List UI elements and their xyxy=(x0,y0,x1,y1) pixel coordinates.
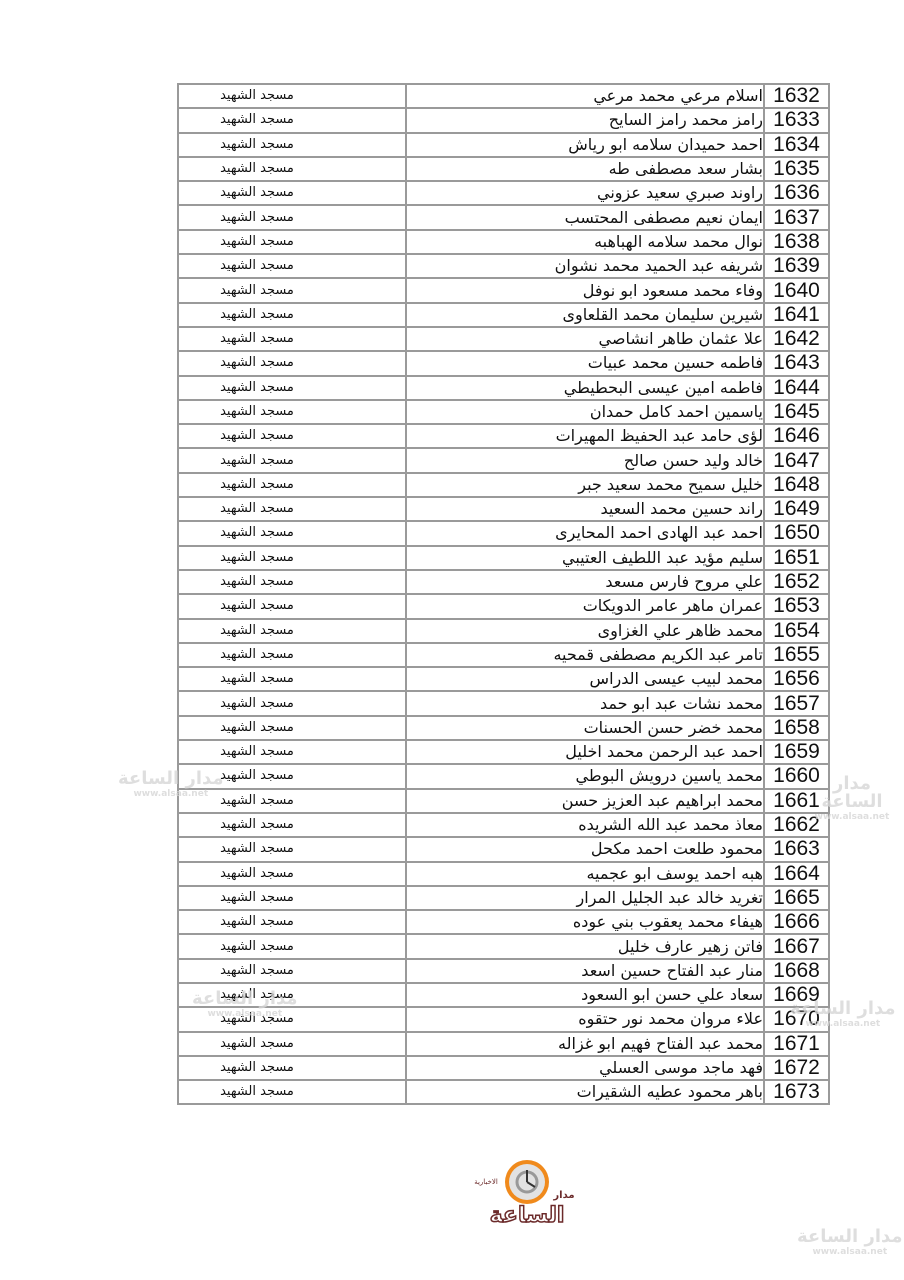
location-name: مسجد الشهيد xyxy=(220,85,294,107)
location-cell: مسجد الشهيد xyxy=(178,1056,406,1080)
row-number: 1637 xyxy=(764,205,829,229)
location-name: مسجد الشهيد xyxy=(220,231,294,253)
table-row: 1649راند حسين محمد السعيدمسجد الشهيد xyxy=(178,497,829,521)
table-row: 1644فاطمه امين عيسى البحطيطيمسجد الشهيد xyxy=(178,376,829,400)
location-name: مسجد الشهيد xyxy=(220,547,294,569)
row-number: 1662 xyxy=(764,813,829,837)
person-name: بشار سعد مصطفى طه xyxy=(406,157,764,181)
watermark-url: www.alsaa.net xyxy=(797,1248,903,1257)
row-number: 1656 xyxy=(764,667,829,691)
table-row: 1654محمد ظاهر علي الغزاوىمسجد الشهيد xyxy=(178,619,829,643)
person-name: خليل سميح محمد سعيد جبر xyxy=(406,473,764,497)
location-cell: مسجد الشهيد xyxy=(178,886,406,910)
person-name: رامز محمد رامز السايح xyxy=(406,108,764,132)
location-name: مسجد الشهيد xyxy=(220,1008,294,1030)
person-name: احمد عبد الرحمن محمد اخليل xyxy=(406,740,764,764)
person-name: وفاء محمد مسعود ابو نوفل xyxy=(406,278,764,302)
person-name: محمد لبيب عيسى الدراس xyxy=(406,667,764,691)
row-number: 1670 xyxy=(764,1007,829,1031)
person-name: احمد عبد الهادى احمد المحايرى xyxy=(406,521,764,545)
person-name: خالد وليد حسن صالح xyxy=(406,448,764,472)
location-name: مسجد الشهيد xyxy=(220,158,294,180)
location-name: مسجد الشهيد xyxy=(220,280,294,302)
location-cell: مسجد الشهيد xyxy=(178,351,406,375)
table-row: 1634احمد حميدان سلامه ابو رياشمسجد الشهي… xyxy=(178,133,829,157)
location-name: مسجد الشهيد xyxy=(220,838,294,860)
table-row: 1670علاء مروان محمد نور حتقوهمسجد الشهيد xyxy=(178,1007,829,1031)
location-cell: مسجد الشهيد xyxy=(178,837,406,861)
location-cell: مسجد الشهيد xyxy=(178,400,406,424)
row-number: 1655 xyxy=(764,643,829,667)
person-name: راند حسين محمد السعيد xyxy=(406,497,764,521)
person-name: محمود طلعت احمد مكحل xyxy=(406,837,764,861)
location-cell: مسجد الشهيد xyxy=(178,254,406,278)
location-name: مسجد الشهيد xyxy=(220,571,294,593)
row-number: 1636 xyxy=(764,181,829,205)
row-number: 1649 xyxy=(764,497,829,521)
person-name: ايمان نعيم مصطفى المحتسب xyxy=(406,205,764,229)
row-number: 1635 xyxy=(764,157,829,181)
location-name: مسجد الشهيد xyxy=(220,352,294,374)
person-name: معاذ محمد عبد الله الشريده xyxy=(406,813,764,837)
location-name: مسجد الشهيد xyxy=(220,960,294,982)
svg-text:مدار: مدار xyxy=(552,1190,574,1201)
table-row: 1668منار عبد الفتاح حسين اسعدمسجد الشهيد xyxy=(178,959,829,983)
row-number: 1673 xyxy=(764,1080,829,1104)
location-name: مسجد الشهيد xyxy=(220,1057,294,1079)
location-cell: مسجد الشهيد xyxy=(178,691,406,715)
row-number: 1663 xyxy=(764,837,829,861)
person-name: محمد خضر حسن الحسنات xyxy=(406,716,764,740)
table-row: 1665تغريد خالد عبد الجليل المرارمسجد الش… xyxy=(178,886,829,910)
person-name: تغريد خالد عبد الجليل المرار xyxy=(406,886,764,910)
location-cell: مسجد الشهيد xyxy=(178,619,406,643)
table-row: 1664هبه احمد يوسف ابو عجميهمسجد الشهيد xyxy=(178,862,829,886)
row-number: 1639 xyxy=(764,254,829,278)
person-name: محمد ظاهر علي الغزاوى xyxy=(406,619,764,643)
table-row: 1658محمد خضر حسن الحسناتمسجد الشهيد xyxy=(178,716,829,740)
table-row: 1639شريفه عبد الحميد محمد نشوانمسجد الشه… xyxy=(178,254,829,278)
location-name: مسجد الشهيد xyxy=(220,984,294,1006)
location-cell: مسجد الشهيد xyxy=(178,230,406,254)
person-name: هيفاء محمد يعقوب بني عوده xyxy=(406,910,764,934)
row-number: 1632 xyxy=(764,84,829,108)
person-name: علي مروح فارس مسعد xyxy=(406,570,764,594)
location-cell: مسجد الشهيد xyxy=(178,934,406,958)
location-cell: مسجد الشهيد xyxy=(178,764,406,788)
row-number: 1633 xyxy=(764,108,829,132)
row-number: 1645 xyxy=(764,400,829,424)
row-number: 1668 xyxy=(764,959,829,983)
location-cell: مسجد الشهيد xyxy=(178,983,406,1007)
location-name: مسجد الشهيد xyxy=(220,474,294,496)
location-cell: مسجد الشهيد xyxy=(178,303,406,327)
row-number: 1664 xyxy=(764,862,829,886)
person-name: شيرين سليمان محمد القلعاوى xyxy=(406,303,764,327)
location-cell: مسجد الشهيد xyxy=(178,789,406,813)
location-name: مسجد الشهيد xyxy=(220,255,294,277)
location-name: مسجد الشهيد xyxy=(220,1033,294,1055)
location-name: مسجد الشهيد xyxy=(220,936,294,958)
location-cell: مسجد الشهيد xyxy=(178,376,406,400)
table-row: 1660محمد ياسين درويش البوطيمسجد الشهيد xyxy=(178,764,829,788)
table-row: 1656محمد لبيب عيسى الدراسمسجد الشهيد xyxy=(178,667,829,691)
row-number: 1652 xyxy=(764,570,829,594)
table-row: 1636راوند صبري سعيد عزونيمسجد الشهيد xyxy=(178,181,829,205)
roster-table-body: 1632اسلام مرعي محمد مرعيمسجد الشهيد1633ر… xyxy=(178,84,829,1104)
location-name: مسجد الشهيد xyxy=(220,863,294,885)
row-number: 1661 xyxy=(764,789,829,813)
table-row: 1655تامر عبد الكريم مصطفى قمحيهمسجد الشه… xyxy=(178,643,829,667)
table-row: 1646لؤى حامد عبد الحفيظ المهيراتمسجد الش… xyxy=(178,424,829,448)
table-row: 1647خالد وليد حسن صالحمسجد الشهيد xyxy=(178,448,829,472)
person-name: منار عبد الفتاح حسين اسعد xyxy=(406,959,764,983)
location-name: مسجد الشهيد xyxy=(220,911,294,933)
table-row: 1652علي مروح فارس مسعدمسجد الشهيد xyxy=(178,570,829,594)
location-cell: مسجد الشهيد xyxy=(178,157,406,181)
location-name: مسجد الشهيد xyxy=(220,450,294,472)
location-name: مسجد الشهيد xyxy=(220,109,294,131)
location-name: مسجد الشهيد xyxy=(220,814,294,836)
row-number: 1643 xyxy=(764,351,829,375)
table-row: 1667فاتن زهير عارف خليلمسجد الشهيد xyxy=(178,934,829,958)
row-number: 1638 xyxy=(764,230,829,254)
location-cell: مسجد الشهيد xyxy=(178,497,406,521)
table-row: 1643فاطمه حسين محمد عبياتمسجد الشهيد xyxy=(178,351,829,375)
watermark-bottom-right: مدار الساعة www.alsaa.net xyxy=(797,1228,903,1257)
table-row: 1651سليم مؤيد عبد اللطيف العتيبيمسجد الش… xyxy=(178,546,829,570)
row-number: 1654 xyxy=(764,619,829,643)
table-row: 1653عمران ماهر عامر الدويكاتمسجد الشهيد xyxy=(178,594,829,618)
location-cell: مسجد الشهيد xyxy=(178,570,406,594)
location-name: مسجد الشهيد xyxy=(220,1081,294,1103)
person-name: محمد ابراهيم عبد العزيز حسن xyxy=(406,789,764,813)
person-name: تامر عبد الكريم مصطفى قمحيه xyxy=(406,643,764,667)
person-name: محمد نشات عبد ابو حمد xyxy=(406,691,764,715)
row-number: 1659 xyxy=(764,740,829,764)
location-cell: مسجد الشهيد xyxy=(178,594,406,618)
location-name: مسجد الشهيد xyxy=(220,765,294,787)
row-number: 1660 xyxy=(764,764,829,788)
row-number: 1667 xyxy=(764,934,829,958)
person-name: علا عثمان طاهر انشاصي xyxy=(406,327,764,351)
person-name: عمران ماهر عامر الدويكات xyxy=(406,594,764,618)
table-row: 1641شيرين سليمان محمد القلعاوىمسجد الشهي… xyxy=(178,303,829,327)
location-cell: مسجد الشهيد xyxy=(178,546,406,570)
person-name: محمد ياسين درويش البوطي xyxy=(406,764,764,788)
person-name: سليم مؤيد عبد اللطيف العتيبي xyxy=(406,546,764,570)
location-name: مسجد الشهيد xyxy=(220,377,294,399)
location-cell: مسجد الشهيد xyxy=(178,1032,406,1056)
table-row: 1640وفاء محمد مسعود ابو نوفلمسجد الشهيد xyxy=(178,278,829,302)
row-number: 1646 xyxy=(764,424,829,448)
table-row: 1661محمد ابراهيم عبد العزيز حسنمسجد الشه… xyxy=(178,789,829,813)
person-name: فاطمه امين عيسى البحطيطي xyxy=(406,376,764,400)
location-name: مسجد الشهيد xyxy=(220,498,294,520)
row-number: 1653 xyxy=(764,594,829,618)
row-number: 1641 xyxy=(764,303,829,327)
table-row: 1666هيفاء محمد يعقوب بني عودهمسجد الشهيد xyxy=(178,910,829,934)
row-number: 1644 xyxy=(764,376,829,400)
table-row: 1633رامز محمد رامز السايحمسجد الشهيد xyxy=(178,108,829,132)
location-cell: مسجد الشهيد xyxy=(178,424,406,448)
location-name: مسجد الشهيد xyxy=(220,620,294,642)
person-name: فاطمه حسين محمد عبيات xyxy=(406,351,764,375)
table-row: 1673باهر محمود عطيه الشقيراتمسجد الشهيد xyxy=(178,1080,829,1104)
person-name: فاتن زهير عارف خليل xyxy=(406,934,764,958)
person-name: ياسمين احمد كامل حمدان xyxy=(406,400,764,424)
roster-table: 1632اسلام مرعي محمد مرعيمسجد الشهيد1633ر… xyxy=(177,83,830,1105)
location-cell: مسجد الشهيد xyxy=(178,448,406,472)
location-cell: مسجد الشهيد xyxy=(178,108,406,132)
person-name: هبه احمد يوسف ابو عجميه xyxy=(406,862,764,886)
location-cell: مسجد الشهيد xyxy=(178,521,406,545)
person-name: راوند صبري سعيد عزوني xyxy=(406,181,764,205)
location-name: مسجد الشهيد xyxy=(220,595,294,617)
table-row: 1672فهد ماجد موسى العسليمسجد الشهيد xyxy=(178,1056,829,1080)
location-cell: مسجد الشهيد xyxy=(178,716,406,740)
person-name: نوال محمد سلامه الهباهبه xyxy=(406,230,764,254)
location-cell: مسجد الشهيد xyxy=(178,205,406,229)
table-row: 1671محمد عبد الفتاح فهيم ابو غزالهمسجد ا… xyxy=(178,1032,829,1056)
svg-text:الاخبارية: الاخبارية xyxy=(474,1178,498,1186)
location-name: مسجد الشهيد xyxy=(220,887,294,909)
location-name: مسجد الشهيد xyxy=(220,328,294,350)
table-row: 1659احمد عبد الرحمن محمد اخليلمسجد الشهي… xyxy=(178,740,829,764)
person-name: فهد ماجد موسى العسلي xyxy=(406,1056,764,1080)
table-row: 1642علا عثمان طاهر انشاصيمسجد الشهيد xyxy=(178,327,829,351)
row-number: 1657 xyxy=(764,691,829,715)
location-name: مسجد الشهيد xyxy=(220,644,294,666)
location-cell: مسجد الشهيد xyxy=(178,181,406,205)
person-name: محمد عبد الفتاح فهيم ابو غزاله xyxy=(406,1032,764,1056)
location-cell: مسجد الشهيد xyxy=(178,667,406,691)
location-cell: مسجد الشهيد xyxy=(178,910,406,934)
brand-logo: الساعة مدار الاخبارية xyxy=(472,1160,582,1230)
location-name: مسجد الشهيد xyxy=(220,207,294,229)
person-name: باهر محمود عطيه الشقيرات xyxy=(406,1080,764,1104)
location-name: مسجد الشهيد xyxy=(220,425,294,447)
table-row: 1637ايمان نعيم مصطفى المحتسبمسجد الشهيد xyxy=(178,205,829,229)
table-row: 1657محمد نشات عبد ابو حمدمسجد الشهيد xyxy=(178,691,829,715)
person-name: سعاد علي حسن ابو السعود xyxy=(406,983,764,1007)
person-name: اسلام مرعي محمد مرعي xyxy=(406,84,764,108)
location-name: مسجد الشهيد xyxy=(220,668,294,690)
person-name: احمد حميدان سلامه ابو رياش xyxy=(406,133,764,157)
row-number: 1672 xyxy=(764,1056,829,1080)
location-cell: مسجد الشهيد xyxy=(178,278,406,302)
table-row: 1662معاذ محمد عبد الله الشريدهمسجد الشهي… xyxy=(178,813,829,837)
location-cell: مسجد الشهيد xyxy=(178,133,406,157)
row-number: 1666 xyxy=(764,910,829,934)
clock-logo-icon: الساعة مدار الاخبارية xyxy=(472,1160,582,1230)
row-number: 1642 xyxy=(764,327,829,351)
row-number: 1634 xyxy=(764,133,829,157)
watermark-brand: مدار الساعة xyxy=(797,1228,903,1246)
table-row: 1663محمود طلعت احمد مكحلمسجد الشهيد xyxy=(178,837,829,861)
row-number: 1671 xyxy=(764,1032,829,1056)
table-row: 1635بشار سعد مصطفى طهمسجد الشهيد xyxy=(178,157,829,181)
location-name: مسجد الشهيد xyxy=(220,182,294,204)
row-number: 1665 xyxy=(764,886,829,910)
row-number: 1669 xyxy=(764,983,829,1007)
location-cell: مسجد الشهيد xyxy=(178,813,406,837)
row-number: 1651 xyxy=(764,546,829,570)
table-row: 1648خليل سميح محمد سعيد جبرمسجد الشهيد xyxy=(178,473,829,497)
table-row: 1650احمد عبد الهادى احمد المحايرىمسجد ال… xyxy=(178,521,829,545)
location-name: مسجد الشهيد xyxy=(220,522,294,544)
table-row: 1645ياسمين احمد كامل حمدانمسجد الشهيد xyxy=(178,400,829,424)
person-name: علاء مروان محمد نور حتقوه xyxy=(406,1007,764,1031)
document-page: 1632اسلام مرعي محمد مرعيمسجد الشهيد1633ر… xyxy=(0,0,904,1280)
location-name: مسجد الشهيد xyxy=(220,741,294,763)
location-cell: مسجد الشهيد xyxy=(178,1007,406,1031)
location-cell: مسجد الشهيد xyxy=(178,959,406,983)
row-number: 1640 xyxy=(764,278,829,302)
location-name: مسجد الشهيد xyxy=(220,304,294,326)
location-name: مسجد الشهيد xyxy=(220,790,294,812)
location-name: مسجد الشهيد xyxy=(220,401,294,423)
row-number: 1650 xyxy=(764,521,829,545)
location-cell: مسجد الشهيد xyxy=(178,84,406,108)
location-cell: مسجد الشهيد xyxy=(178,740,406,764)
location-name: مسجد الشهيد xyxy=(220,717,294,739)
person-name: لؤى حامد عبد الحفيظ المهيرات xyxy=(406,424,764,448)
table-row: 1638نوال محمد سلامه الهباهبهمسجد الشهيد xyxy=(178,230,829,254)
row-number: 1658 xyxy=(764,716,829,740)
location-name: مسجد الشهيد xyxy=(220,134,294,156)
location-cell: مسجد الشهيد xyxy=(178,1080,406,1104)
location-cell: مسجد الشهيد xyxy=(178,862,406,886)
location-cell: مسجد الشهيد xyxy=(178,473,406,497)
row-number: 1648 xyxy=(764,473,829,497)
location-name: مسجد الشهيد xyxy=(220,693,294,715)
person-name: شريفه عبد الحميد محمد نشوان xyxy=(406,254,764,278)
location-cell: مسجد الشهيد xyxy=(178,327,406,351)
table-row: 1669سعاد علي حسن ابو السعودمسجد الشهيد xyxy=(178,983,829,1007)
row-number: 1647 xyxy=(764,448,829,472)
svg-text:الساعة: الساعة xyxy=(490,1203,565,1228)
table-row: 1632اسلام مرعي محمد مرعيمسجد الشهيد xyxy=(178,84,829,108)
location-cell: مسجد الشهيد xyxy=(178,643,406,667)
